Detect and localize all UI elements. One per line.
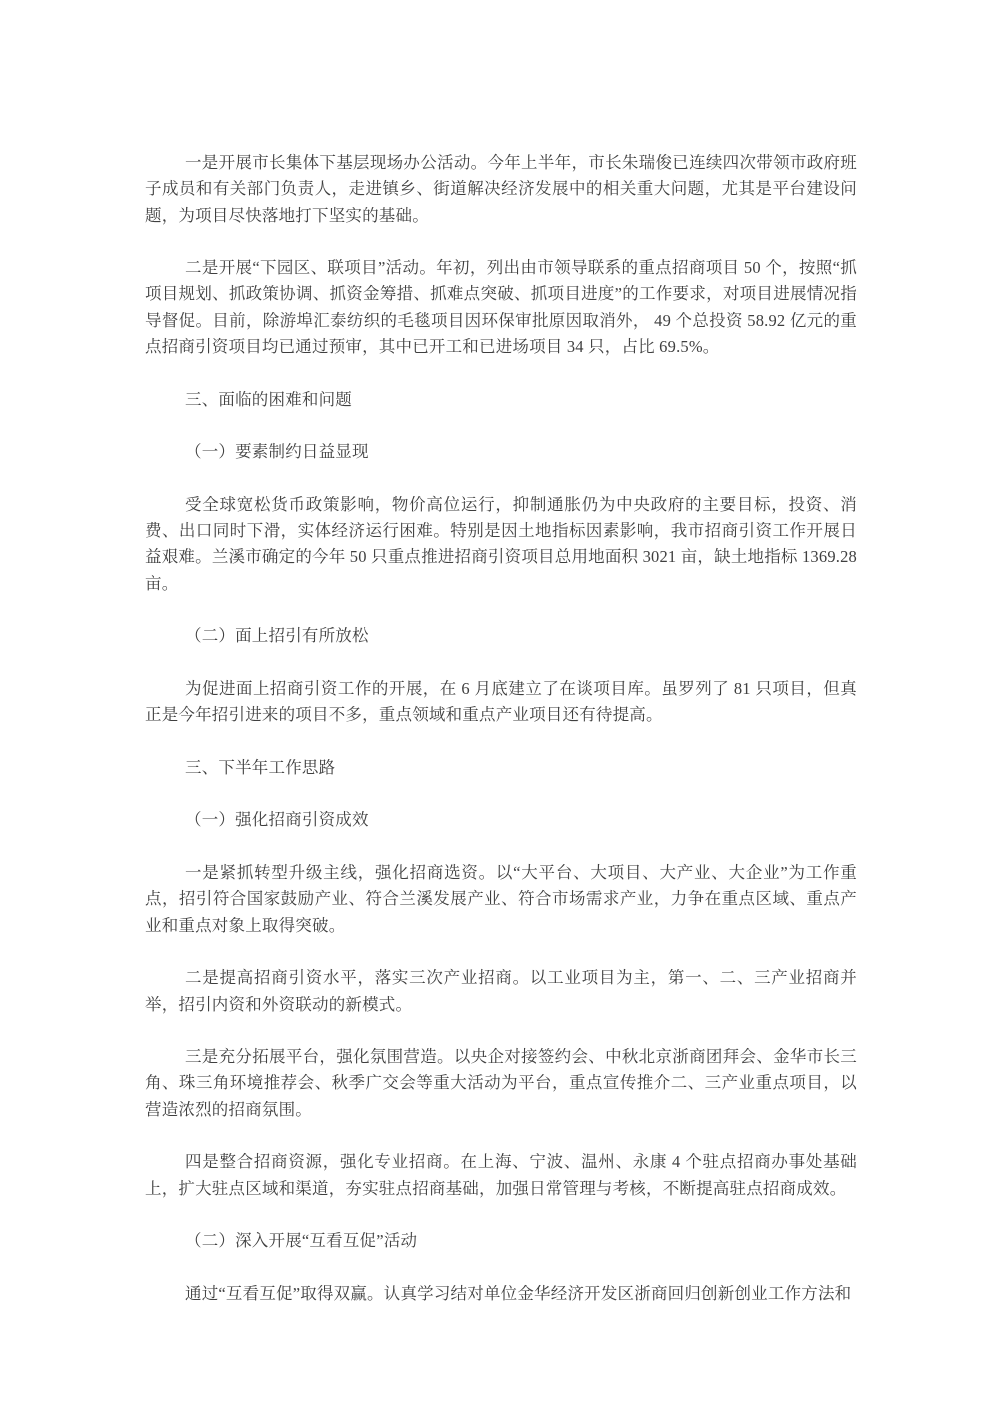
paragraph: 二是提高招商引资水平，落实三次产业招商。以工业项目为主，第一、二、三产业招商并举… xyxy=(145,965,857,1018)
section-heading: （一）要素制约日益显现 xyxy=(145,439,857,465)
paragraph: 二是开展“下园区、联项目”活动。年初，列出由市领导联系的重点招商项目 50 个，… xyxy=(145,255,857,360)
document-body: 一是开展市长集体下基层现场办公活动。今年上半年，市长朱瑞俊已连续四次带领市政府班… xyxy=(145,150,857,1307)
section-heading: （一）强化招商引资成效 xyxy=(145,807,857,833)
paragraph: 三是充分拓展平台，强化氛围营造。以央企对接签约会、中秋北京浙商团拜会、金华市长三… xyxy=(145,1044,857,1123)
section-heading: 三、面临的困难和问题 xyxy=(145,387,857,413)
section-heading: 三、下半年工作思路 xyxy=(145,755,857,781)
document-page: 一是开展市长集体下基层现场办公活动。今年上半年，市长朱瑞俊已连续四次带领市政府班… xyxy=(0,0,1000,1415)
section-heading: （二）深入开展“互看互促”活动 xyxy=(145,1228,857,1254)
paragraph: 一是开展市长集体下基层现场办公活动。今年上半年，市长朱瑞俊已连续四次带领市政府班… xyxy=(145,150,857,229)
paragraph: 受全球宽松货币政策影响，物价高位运行，抑制通胀仍为中央政府的主要目标，投资、消费… xyxy=(145,492,857,597)
section-heading: （二）面上招引有所放松 xyxy=(145,623,857,649)
paragraph: 通过“互看互促”取得双赢。认真学习结对单位金华经济开发区浙商回归创新创业工作方法… xyxy=(145,1281,857,1307)
paragraph: 四是整合招商资源，强化专业招商。在上海、宁波、温州、永康 4 个驻点招商办事处基… xyxy=(145,1149,857,1202)
paragraph: 一是紧抓转型升级主线，强化招商选资。以“大平台、大项目、大产业、大企业”为工作重… xyxy=(145,860,857,939)
paragraph: 为促进面上招商引资工作的开展，在 6 月底建立了在谈项目库。虽罗列了 81 只项… xyxy=(145,676,857,729)
